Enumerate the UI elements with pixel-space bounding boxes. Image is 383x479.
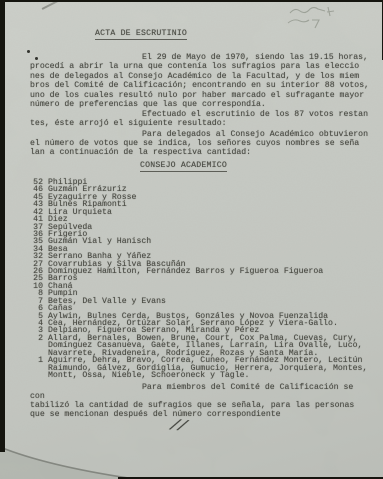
result-row: 1 Aguirre, Dehra, Bravo, Correa, Cuneo, … — [30, 357, 375, 379]
delegados-paragraph: Para delegados al Consejo Académico obtu… — [30, 130, 370, 158]
closing-paragraph: Para miembros del Comité de Calificación… — [30, 384, 370, 420]
section-heading: CONSEJO ACADEMICO — [140, 161, 227, 172]
result-row: 10 Chaná — [30, 283, 375, 290]
scan-edge-top — [0, 0, 383, 2]
candidate-names: Allard, Bernales, Bowen, Brune, Court, C… — [48, 335, 362, 357]
votes-count: 2 — [30, 335, 43, 342]
candidate-names: Aguirre, Dehra, Bravo, Correa, Cuneo, Fe… — [48, 357, 367, 379]
results-list: 52 Philippi 46 Guzmán Errázuriz 45 Eyzag… — [30, 179, 375, 379]
staple-hole — [35, 57, 38, 60]
result-row: 2 Allard, Bernales, Bowen, Brune, Court,… — [30, 335, 375, 357]
staple-hole — [27, 50, 30, 53]
intro-paragraph: El 29 de Mayo de 1970, siendo las 19.15 … — [30, 53, 370, 110]
scan-edge-left — [0, 0, 5, 452]
result-row: 42 Lira Urquieta — [30, 209, 375, 216]
document-title: ACTA DE ESCRUTINIO — [95, 29, 187, 40]
result-row: 7 Betes, Del Valle y Evans — [30, 298, 375, 305]
result-row: 35 Guzmán Vial y Hanisch — [30, 238, 375, 245]
scanned-document-page: ACTA DE ESCRUTINIO El 29 de Mayo de 1970… — [0, 0, 383, 479]
result-row: 25 Barros — [30, 275, 375, 282]
votes-count: 1 — [30, 357, 43, 364]
escrutinio-paragraph: Efectuado el escrutinio de los 87 votos … — [30, 110, 370, 129]
typewritten-content: ACTA DE ESCRUTINIO El 29 de Mayo de 1970… — [0, 0, 383, 479]
result-row: 26 Domínguez Hamilton, Fernández Barros … — [30, 268, 375, 275]
candidate-names: Domínguez Hamilton, Fernández Barros y F… — [48, 268, 323, 275]
